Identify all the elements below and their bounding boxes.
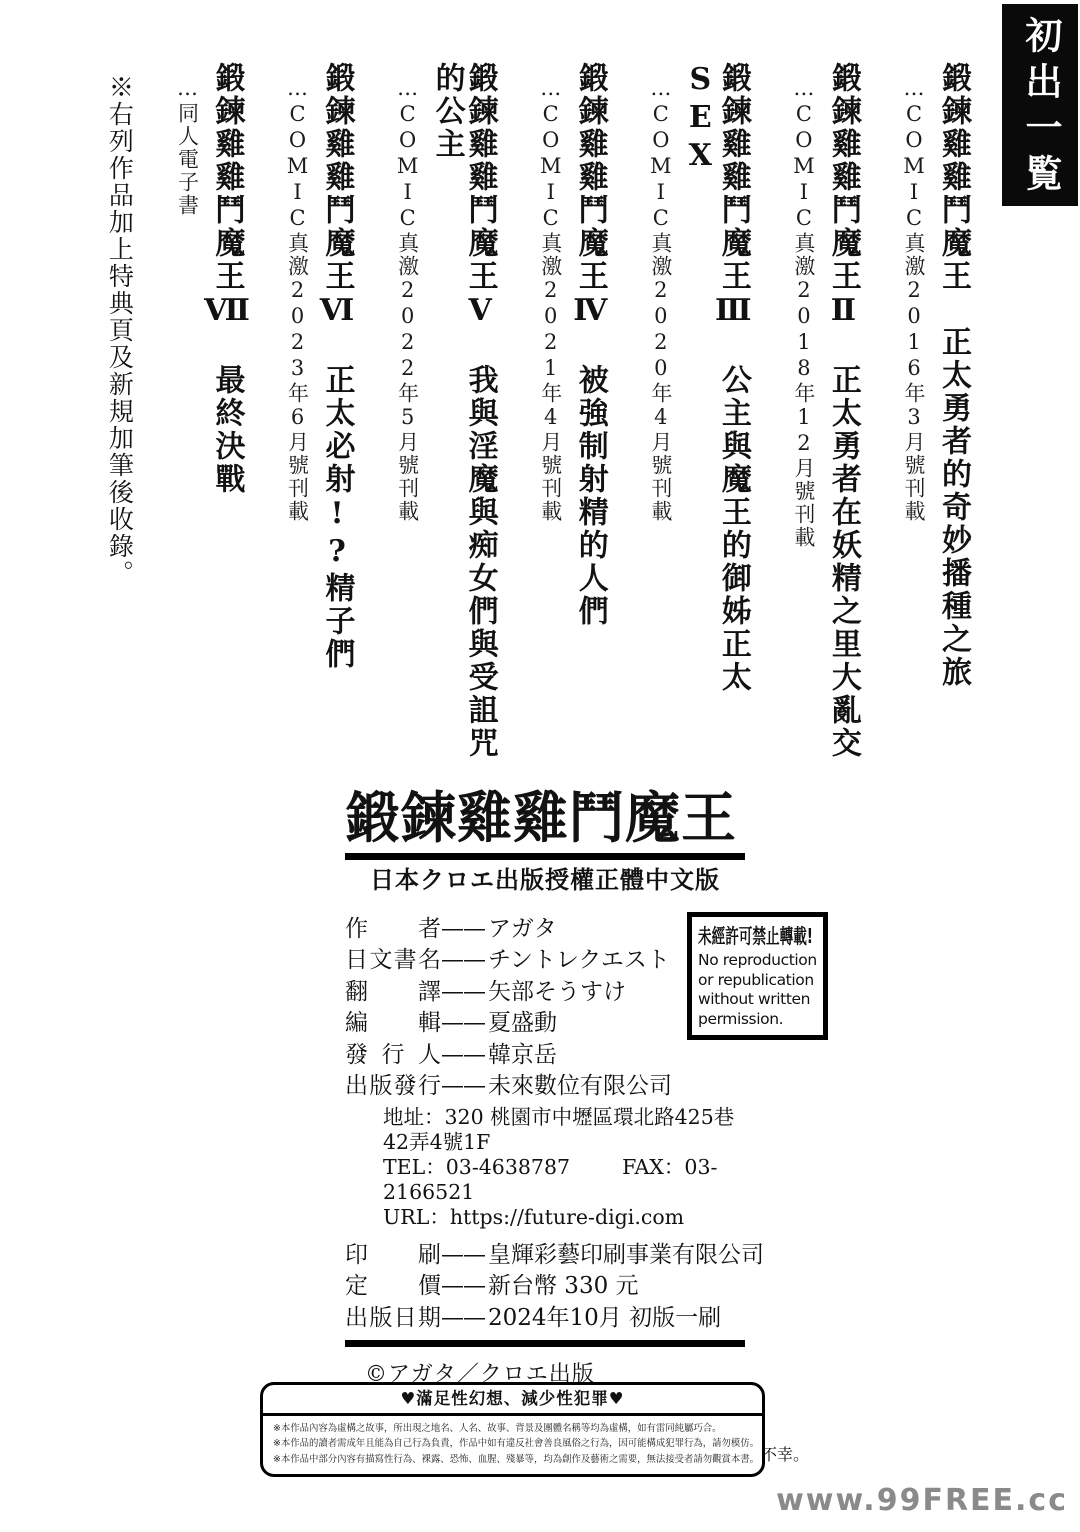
- colophon-block: 鍛鍊雞雞鬥魔王 日本クロエ出版授權正體中文版 作者——アガタ 日文書名——チント…: [345, 788, 745, 1465]
- list-item: 鍛鍊雞雞鬥魔王Ⅲ 公主與魔王的御姊正太SEX …COMIC真激2020年4月號刊…: [649, 62, 750, 782]
- credit-row-publishing-company: 出版發行——未來數位有限公司: [345, 1071, 745, 1103]
- publisher-contact-block: 地址：320 桃園市中壢區環北路425巷42弄4號1F TEL：03-46387…: [383, 1105, 745, 1230]
- credit-label: 出版發行: [345, 1071, 441, 1103]
- chapter-title: 鍛鍊雞雞鬥魔王Ⅵ 正太必射!?精子們: [321, 62, 354, 782]
- credit-row-publisher-person: 發行人——韓京岳: [345, 1040, 745, 1072]
- list-item: 鍛鍊雞雞鬥魔王Ⅴ 我與淫魔與痴女們與受詛咒的公主 …COMIC真激2022年5月…: [396, 62, 497, 782]
- credit-row-jp-title: 日文書名——チントレクエスト: [345, 945, 745, 977]
- credit-label: 日文書名: [345, 945, 441, 977]
- disclaimer-box: ♥滿足性幻想、減少性犯罪♥ ※本作品內容為虛構之故事，所出現之地名、人名、故事、…: [260, 1382, 765, 1477]
- dash-separator: ——: [441, 979, 485, 1005]
- credit-label: 出版日期: [345, 1303, 441, 1335]
- credits-list: 作者——アガタ 日文書名——チントレクエスト 翻譯——矢部そうすけ 編輯——夏盛…: [345, 914, 745, 1103]
- chapter-source: …COMIC真激2020年4月號刊載: [649, 62, 672, 782]
- dash-separator: ——: [441, 947, 485, 973]
- first-publication-header-box: 初出一覧: [1002, 4, 1078, 206]
- first-publication-list: 鍛鍊雞雞鬥魔王 正太勇者的奇妙播種之旅 …COMIC真激2016年3月號刊載 鍛…: [105, 62, 970, 782]
- chapter-title: 鍛鍊雞雞鬥魔王Ⅴ 我與淫魔與痴女們與受詛咒的公主: [431, 62, 497, 782]
- credit-value: 矢部そうすけ: [488, 979, 626, 1005]
- chapter-source: …COMIC真激2016年3月號刊載: [902, 62, 925, 782]
- chapter-source: …同人電子書: [175, 62, 198, 782]
- no-reproduction-en: No reproduction or republication without…: [698, 951, 817, 1029]
- credit-value: 皇輝彩藝印刷事業有限公司: [488, 1242, 764, 1268]
- first-publication-header: 初出一覧: [1013, 16, 1067, 200]
- credit-value: 未來數位有限公司: [488, 1073, 672, 1099]
- credit-value: 韓京岳: [488, 1042, 557, 1068]
- credit-label: 作者: [345, 914, 441, 946]
- chapter-title: 鍛鍊雞雞鬥魔王 正太勇者的奇妙播種之旅: [937, 62, 970, 782]
- dash-separator: ——: [441, 1010, 485, 1036]
- dash-separator: ——: [441, 1273, 485, 1299]
- dash-separator: ——: [441, 1305, 485, 1331]
- list-item: 鍛鍊雞雞鬥魔王Ⅳ 被強制射精的人們 …COMIC真激2021年4月號刊載: [539, 62, 607, 782]
- disclaimer-line: ※本作品中部分內容有描寫性行為、裸露、恐怖、血腥、殘暴等，均為創作及藝術之需要，…: [273, 1452, 752, 1468]
- credit-value: 夏盛動: [488, 1010, 557, 1036]
- disclaimer-separator: [263, 1413, 762, 1416]
- list-item: 鍛鍊雞雞鬥魔王Ⅶ 最終決戰 …同人電子書: [175, 62, 243, 782]
- credit-row-translator: 翻譯——矢部そうすけ: [345, 977, 745, 1009]
- disclaimer-line: ※本作品的讀者需成年且能為自己行為負責，作品中如有違反社會善良風俗之行為，因可能…: [273, 1436, 752, 1452]
- credit-value: アガタ: [488, 916, 557, 942]
- no-reproduction-zh: 未經許可禁止轉載!: [698, 920, 813, 949]
- title-rule: [345, 853, 745, 860]
- dash-separator: ——: [441, 916, 485, 942]
- chapter-title: 鍛鍊雞雞鬥魔王Ⅲ 公主與魔王的御姊正太SEX: [684, 62, 750, 782]
- chapter-title: 鍛鍊雞雞鬥魔王Ⅱ 正太勇者在妖精之里大亂交: [827, 62, 860, 782]
- publisher-tel-fax: TEL：03-4638787FAX：03-2166521: [383, 1155, 745, 1205]
- dash-separator: ——: [441, 1073, 485, 1099]
- list-item: 鍛鍊雞雞鬥魔王 正太勇者的奇妙播種之旅 …COMIC真激2016年3月號刊載: [902, 62, 970, 782]
- chapter-source: …COMIC真激2022年5月號刊載: [396, 62, 419, 782]
- credit-row-price: 定價——新台幣 330 元: [345, 1271, 745, 1303]
- credit-label: 翻譯: [345, 977, 441, 1009]
- credit-label: 印刷: [345, 1240, 441, 1272]
- edition-subtitle: 日本クロエ出版授權正體中文版: [345, 866, 745, 894]
- page-title: 鍛鍊雞雞鬥魔王: [345, 788, 745, 849]
- disclaimer-line: ※本作品內容為虛構之故事，所出現之地名、人名、故事、背景及團體名稱等均為虛構，如…: [273, 1421, 752, 1437]
- credit-row-author: 作者——アガタ: [345, 914, 745, 946]
- credit-value: チントレクエスト: [488, 947, 670, 973]
- list-item: 鍛鍊雞雞鬥魔王Ⅱ 正太勇者在妖精之里大亂交 …COMIC真激2018年12月號刊…: [792, 62, 860, 782]
- no-reproduction-stamp: 未經許可禁止轉載! No reproduction or republicati…: [687, 912, 828, 1040]
- chapter-source: …COMIC真激2021年4月號刊載: [539, 62, 562, 782]
- dash-separator: ——: [441, 1042, 485, 1068]
- publisher-address: 地址：320 桃園市中壢區環北路425巷42弄4號1F: [383, 1105, 745, 1155]
- list-item: 鍛鍊雞雞鬥魔王Ⅵ 正太必射!?精子們 …COMIC真激2023年6月號刊載: [285, 62, 353, 782]
- chapter-title: 鍛鍊雞雞鬥魔王Ⅳ 被強制射精的人們: [574, 62, 607, 782]
- disclaimer-header: ♥滿足性幻想、減少性犯罪♥: [273, 1389, 752, 1410]
- chapter-source: …COMIC真激2018年12月號刊載: [792, 62, 815, 782]
- credit-row-publish-date: 出版日期——2024年10月 初版一刷: [345, 1303, 745, 1335]
- credit-label: 定價: [345, 1271, 441, 1303]
- dash-separator: ——: [441, 1242, 485, 1268]
- credit-value: 2024年10月 初版一刷: [488, 1305, 721, 1331]
- credit-label: 編輯: [345, 1008, 441, 1040]
- bottom-rule: [345, 1340, 745, 1347]
- credit-row-printer: 印刷——皇輝彩藝印刷事業有限公司: [345, 1240, 745, 1272]
- credit-value: 新台幣 330 元: [488, 1273, 639, 1299]
- site-watermark: www.99FREE.cc: [776, 1483, 1068, 1518]
- chapter-source: …COMIC真激2023年6月號刊載: [285, 62, 308, 782]
- credit-label: 發行人: [345, 1040, 441, 1072]
- publisher-url: URL：https://future-digi.com: [383, 1205, 745, 1230]
- list-note: ※右列作品加上特典頁及新規加筆後收錄。: [105, 62, 134, 782]
- credit-row-editor: 編輯——夏盛動: [345, 1008, 745, 1040]
- print-info-list: 印刷——皇輝彩藝印刷事業有限公司 定價——新台幣 330 元 出版日期——202…: [345, 1240, 745, 1335]
- chapter-title: 鍛鍊雞雞鬥魔王Ⅶ 最終決戰: [210, 62, 243, 782]
- publisher-tel: TEL：03-4638787: [383, 1155, 570, 1179]
